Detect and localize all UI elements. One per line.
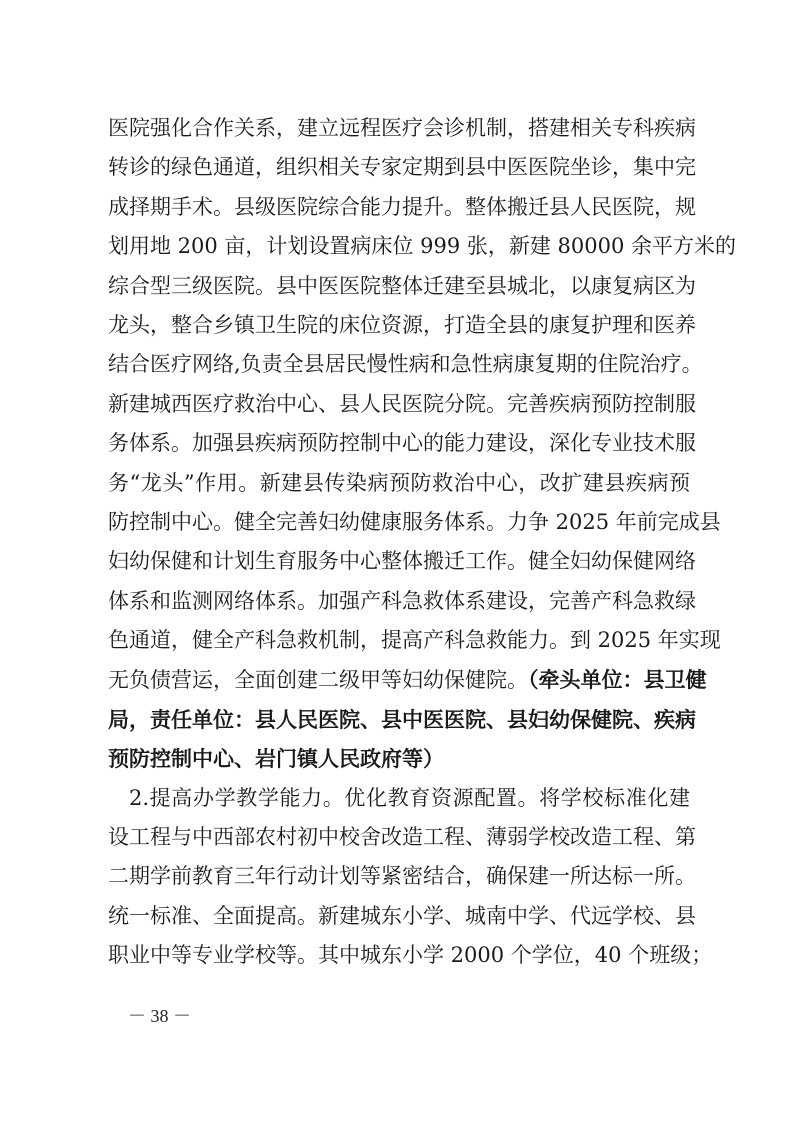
responsible-units-line: 局，责任单位：县人民医院、县中医医院、县妇幼保健院、疾病 xyxy=(108,700,690,739)
text-line: 转诊的绿色通道，组织相关专家定期到县中医医院坐诊，集中完 xyxy=(108,148,690,187)
text-line: 医院强化合作关系，建立远程医疗会诊机制，搭建相关专科疾病 xyxy=(108,109,690,148)
text-line: 新建城西医疗救治中心、县人民医院分院。完善疾病预防控制服 xyxy=(108,385,690,424)
text-line: 结合医疗网络,负责全县居民慢性病和急性病康复期的住院治疗。 xyxy=(108,345,690,384)
text-line: 龙头，整合乡镇卫生院的床位资源，打造全县的康复护理和医养 xyxy=(108,306,690,345)
text-line-mixed: 无负债营运，全面创建二级甲等妇幼保健院。（牵头单位：县卫健 xyxy=(108,660,690,699)
text-line: 成择期手术。县级医院综合能力提升。整体搬迁县人民医院，规 xyxy=(108,188,690,227)
document-page: 医院强化合作关系，建立远程医疗会诊机制，搭建相关专科疾病 转诊的绿色通道，组织相… xyxy=(0,0,793,1122)
text-line: 职业中等专业学校等。其中城东小学 2000 个学位，40 个班级； xyxy=(108,936,690,975)
responsible-units-bold: （牵头单位：县卫健 xyxy=(528,667,707,692)
text-line: 体系和监测网络体系。加强产科急救体系建设，完善产科急救绿 xyxy=(108,582,690,621)
text-line: 色通道，健全产科急救机制，提高产科急救能力。到 2025 年实现 xyxy=(108,621,690,660)
text-line: 设工程与中西部农村初中校舍改造工程、薄弱学校改造工程、第 xyxy=(108,818,690,857)
text-line: 二期学前教育三年行动计划等紧密结合，确保建一所达标一所。 xyxy=(108,857,690,896)
text-normal: 无负债营运，全面创建二级甲等妇幼保健院。 xyxy=(108,668,528,692)
page-number: － 38 － xyxy=(128,1002,191,1028)
text-line: 划用地 200 亩，计划设置病床位 999 张，新建 80000 余平方米的 xyxy=(108,227,690,266)
text-line: 务“龙头”作用。新建县传染病预防救治中心，改扩建县疾病预 xyxy=(108,464,690,503)
text-line: 综合型三级医院。县中医医院整体迁建至县城北，以康复病区为 xyxy=(108,267,690,306)
section-2-heading-line: 2.提高办学教学能力。优化教育资源配置。将学校标准化建 xyxy=(108,779,690,818)
text-line: 统一标准、全面提高。新建城东小学、城南中学、代远学校、县 xyxy=(108,897,690,936)
text-line: 妇幼保健和计划生育服务中心整体搬迁工作。健全妇幼保健网络 xyxy=(108,542,690,581)
text-line: 防控制中心。健全完善妇幼健康服务体系。力争 2025 年前完成县 xyxy=(108,503,690,542)
responsible-units-line-end: 预防控制中心、岩门镇人民政府等） xyxy=(108,739,690,778)
document-body: 医院强化合作关系，建立远程医疗会诊机制，搭建相关专科疾病 转诊的绿色通道，组织相… xyxy=(108,109,690,976)
text-line: 务体系。加强县疾病预防控制中心的能力建设，深化专业技术服 xyxy=(108,424,690,463)
